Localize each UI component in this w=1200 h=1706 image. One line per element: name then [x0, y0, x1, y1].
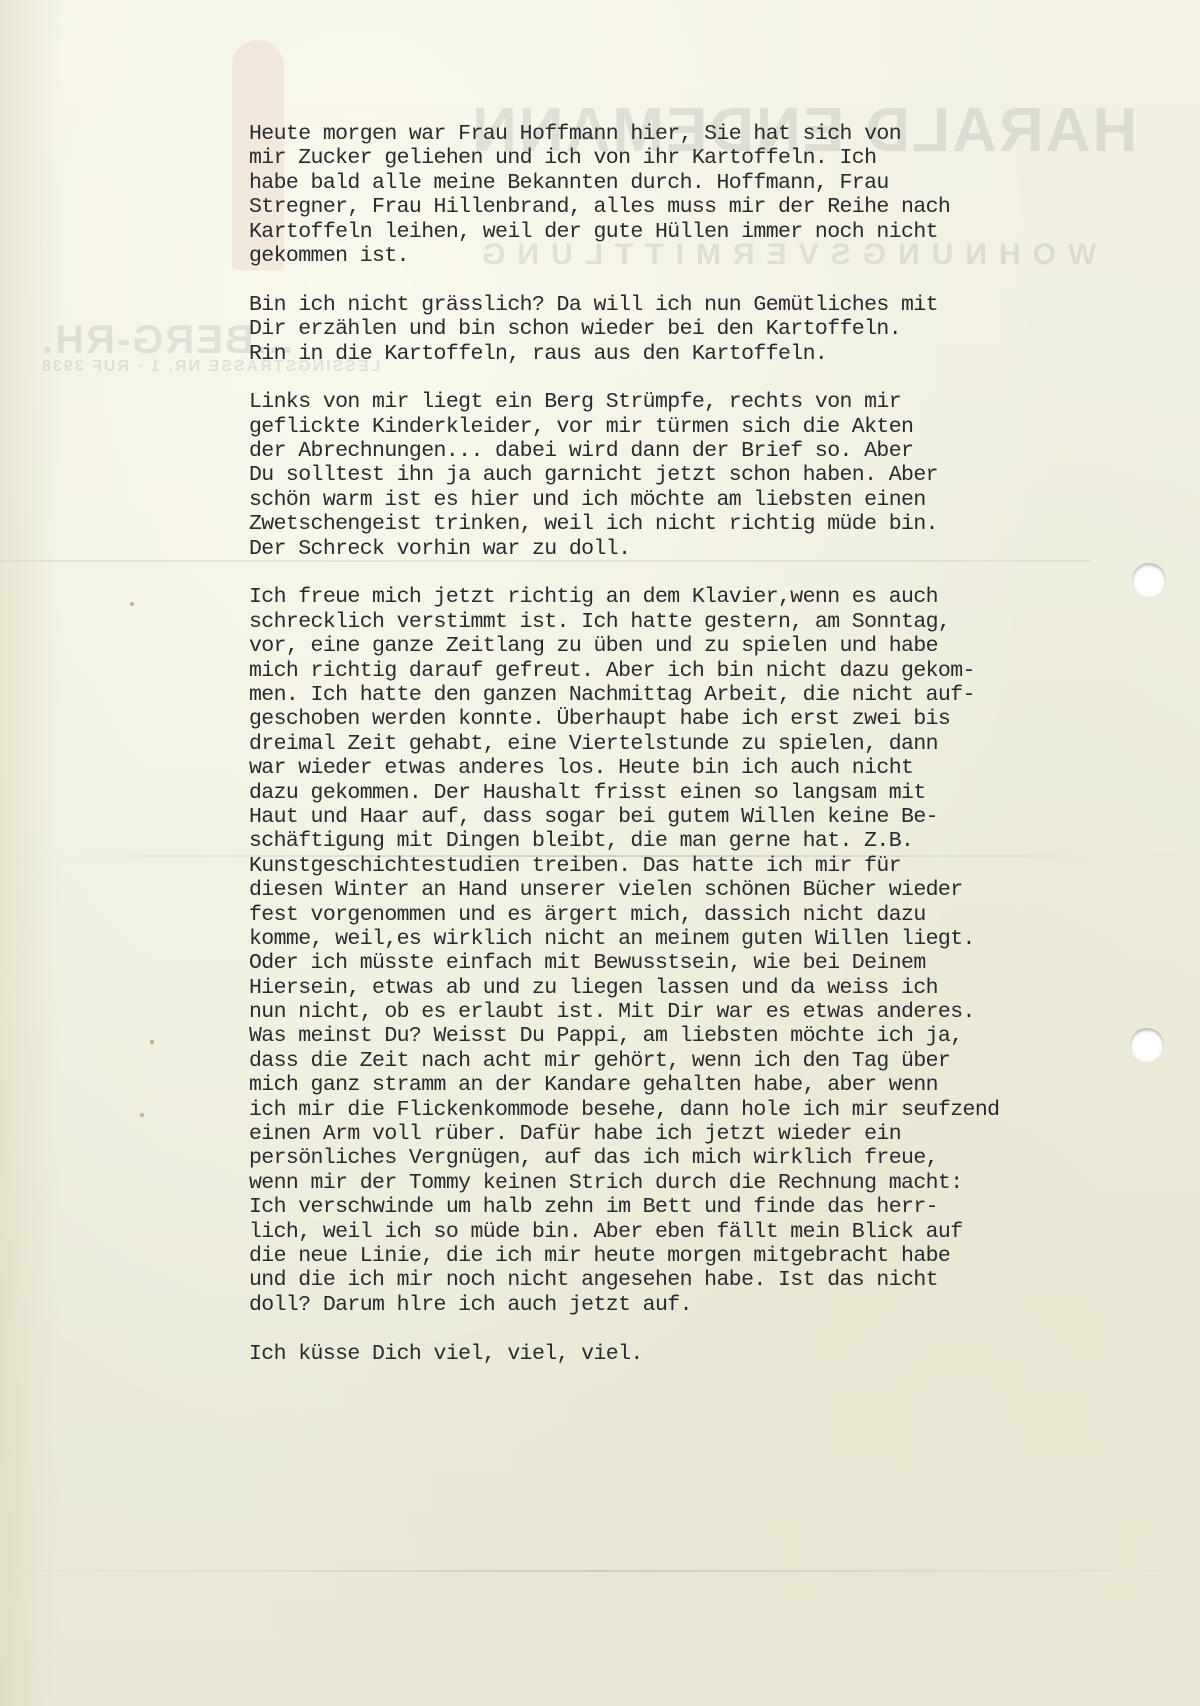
text-line: fest vorgenommen und es ärgert mich, das…	[249, 903, 1189, 927]
text-line: Ich küsse Dich viel, viel, viel.	[249, 1342, 1189, 1366]
text-line: die neue Linie, die ich mir heute morgen…	[249, 1244, 1189, 1268]
text-line: einen Arm voll rüber. Dafür habe ich jet…	[249, 1122, 1189, 1146]
text-line: dreimal Zeit gehabt, eine Viertelstunde …	[249, 732, 1189, 756]
text-line: Links von mir liegt ein Berg Strümpfe, r…	[249, 390, 1189, 414]
text-line: Ich freue mich jetzt richtig an dem Klav…	[249, 585, 1189, 609]
paragraph-2: Bin ich nicht grässlich? Da will ich nun…	[249, 293, 1189, 366]
text-line: Der Schreck vorhin war zu doll.	[249, 537, 1189, 561]
text-line: Was meinst Du? Weisst Du Pappi, am liebs…	[249, 1024, 1189, 1048]
text-line: schäftigung mit Dingen bleibt, die man g…	[249, 829, 1189, 853]
text-line: der Abrechnungen... dabei wird dann der …	[249, 439, 1189, 463]
paper-edge-shadow	[0, 0, 60, 1706]
text-line: habe bald alle meine Bekannten durch. Ho…	[249, 171, 1189, 195]
text-line: schrecklich verstimmt ist. Ich hatte ges…	[249, 610, 1189, 634]
text-line: Dir erzählen und bin schon wieder bei de…	[249, 317, 1189, 341]
text-line: Kartoffeln leihen, weil der gute Hüllen …	[249, 220, 1189, 244]
text-line: und die ich mir noch nicht angesehen hab…	[249, 1268, 1189, 1292]
text-line: Haut und Haar auf, dass sogar bei gutem …	[249, 805, 1189, 829]
text-line: war wieder etwas anderes los. Heute bin …	[249, 756, 1189, 780]
paper-fold-line	[0, 1570, 1200, 1572]
text-line: komme, weil,es wirklich nicht an meinem …	[249, 927, 1189, 951]
text-line: persönliches Vergnügen, auf das ich mich…	[249, 1146, 1189, 1170]
text-line: Heute morgen war Frau Hoffmann hier, Sie…	[249, 122, 1189, 146]
paragraph-1: Heute morgen war Frau Hoffmann hier, Sie…	[249, 122, 1189, 268]
text-line: nun nicht, ob es erlaubt ist. Mit Dir wa…	[249, 1000, 1189, 1024]
closing-paragraph: Ich küsse Dich viel, viel, viel.	[249, 1342, 1189, 1366]
text-line: Hiersein, etwas ab und zu liegen lassen …	[249, 976, 1189, 1000]
paper-speck	[150, 1040, 154, 1044]
text-line: Ich verschwinde um halb zehn im Bett und…	[249, 1195, 1189, 1219]
text-line: mich ganz stramm an der Kandare gehalten…	[249, 1073, 1189, 1097]
text-line: Oder ich müsste einfach mit Bewusstsein,…	[249, 951, 1189, 975]
text-line: Rin in die Kartoffeln, raus aus den Kart…	[249, 342, 1189, 366]
text-line: Stregner, Frau Hillenbrand, alles muss m…	[249, 195, 1189, 219]
text-line: schön warm ist es hier und ich möchte am…	[249, 488, 1189, 512]
text-line: Kunstgeschichtestudien treiben. Das hatt…	[249, 854, 1189, 878]
text-line: geflickte Kinderkleider, vor mir türmen …	[249, 415, 1189, 439]
text-line: Du solltest ihn ja auch garnicht jetzt s…	[249, 463, 1189, 487]
text-line: lich, weil ich so müde bin. Aber eben fä…	[249, 1220, 1189, 1244]
letter-body: Heute morgen war Frau Hoffmann hier, Sie…	[249, 122, 1189, 1390]
text-line: mich richtig darauf gefreut. Aber ich bi…	[249, 659, 1189, 683]
paper-speck	[130, 602, 134, 606]
paper-speck	[140, 1113, 144, 1117]
paragraph-3: Links von mir liegt ein Berg Strümpfe, r…	[249, 390, 1189, 561]
text-line: diesen Winter an Hand unserer vielen sch…	[249, 878, 1189, 902]
text-line: men. Ich hatte den ganzen Nachmittag Arb…	[249, 683, 1189, 707]
text-line: ich mir die Flickenkommode besehe, dann …	[249, 1098, 1189, 1122]
text-line: gekommen ist.	[249, 244, 1189, 268]
text-line: geschoben werden konnte. Überhaupt habe …	[249, 707, 1189, 731]
text-line: mir Zucker geliehen und ich von ihr Kart…	[249, 146, 1189, 170]
text-line: Bin ich nicht grässlich? Da will ich nun…	[249, 293, 1189, 317]
text-line: vor, eine ganze Zeitlang zu üben und zu …	[249, 634, 1189, 658]
text-line: dass die Zeit nach acht mir gehört, wenn…	[249, 1049, 1189, 1073]
text-line: dazu gekommen. Der Haushalt frisst einen…	[249, 781, 1189, 805]
text-line: doll? Darum hlre ich auch jetzt auf.	[249, 1293, 1189, 1317]
text-line: wenn mir der Tommy keinen Strich durch d…	[249, 1171, 1189, 1195]
paragraph-4: Ich freue mich jetzt richtig an dem Klav…	[249, 585, 1189, 1317]
text-line: Zwetschengeist trinken, weil ich nicht r…	[249, 512, 1189, 536]
